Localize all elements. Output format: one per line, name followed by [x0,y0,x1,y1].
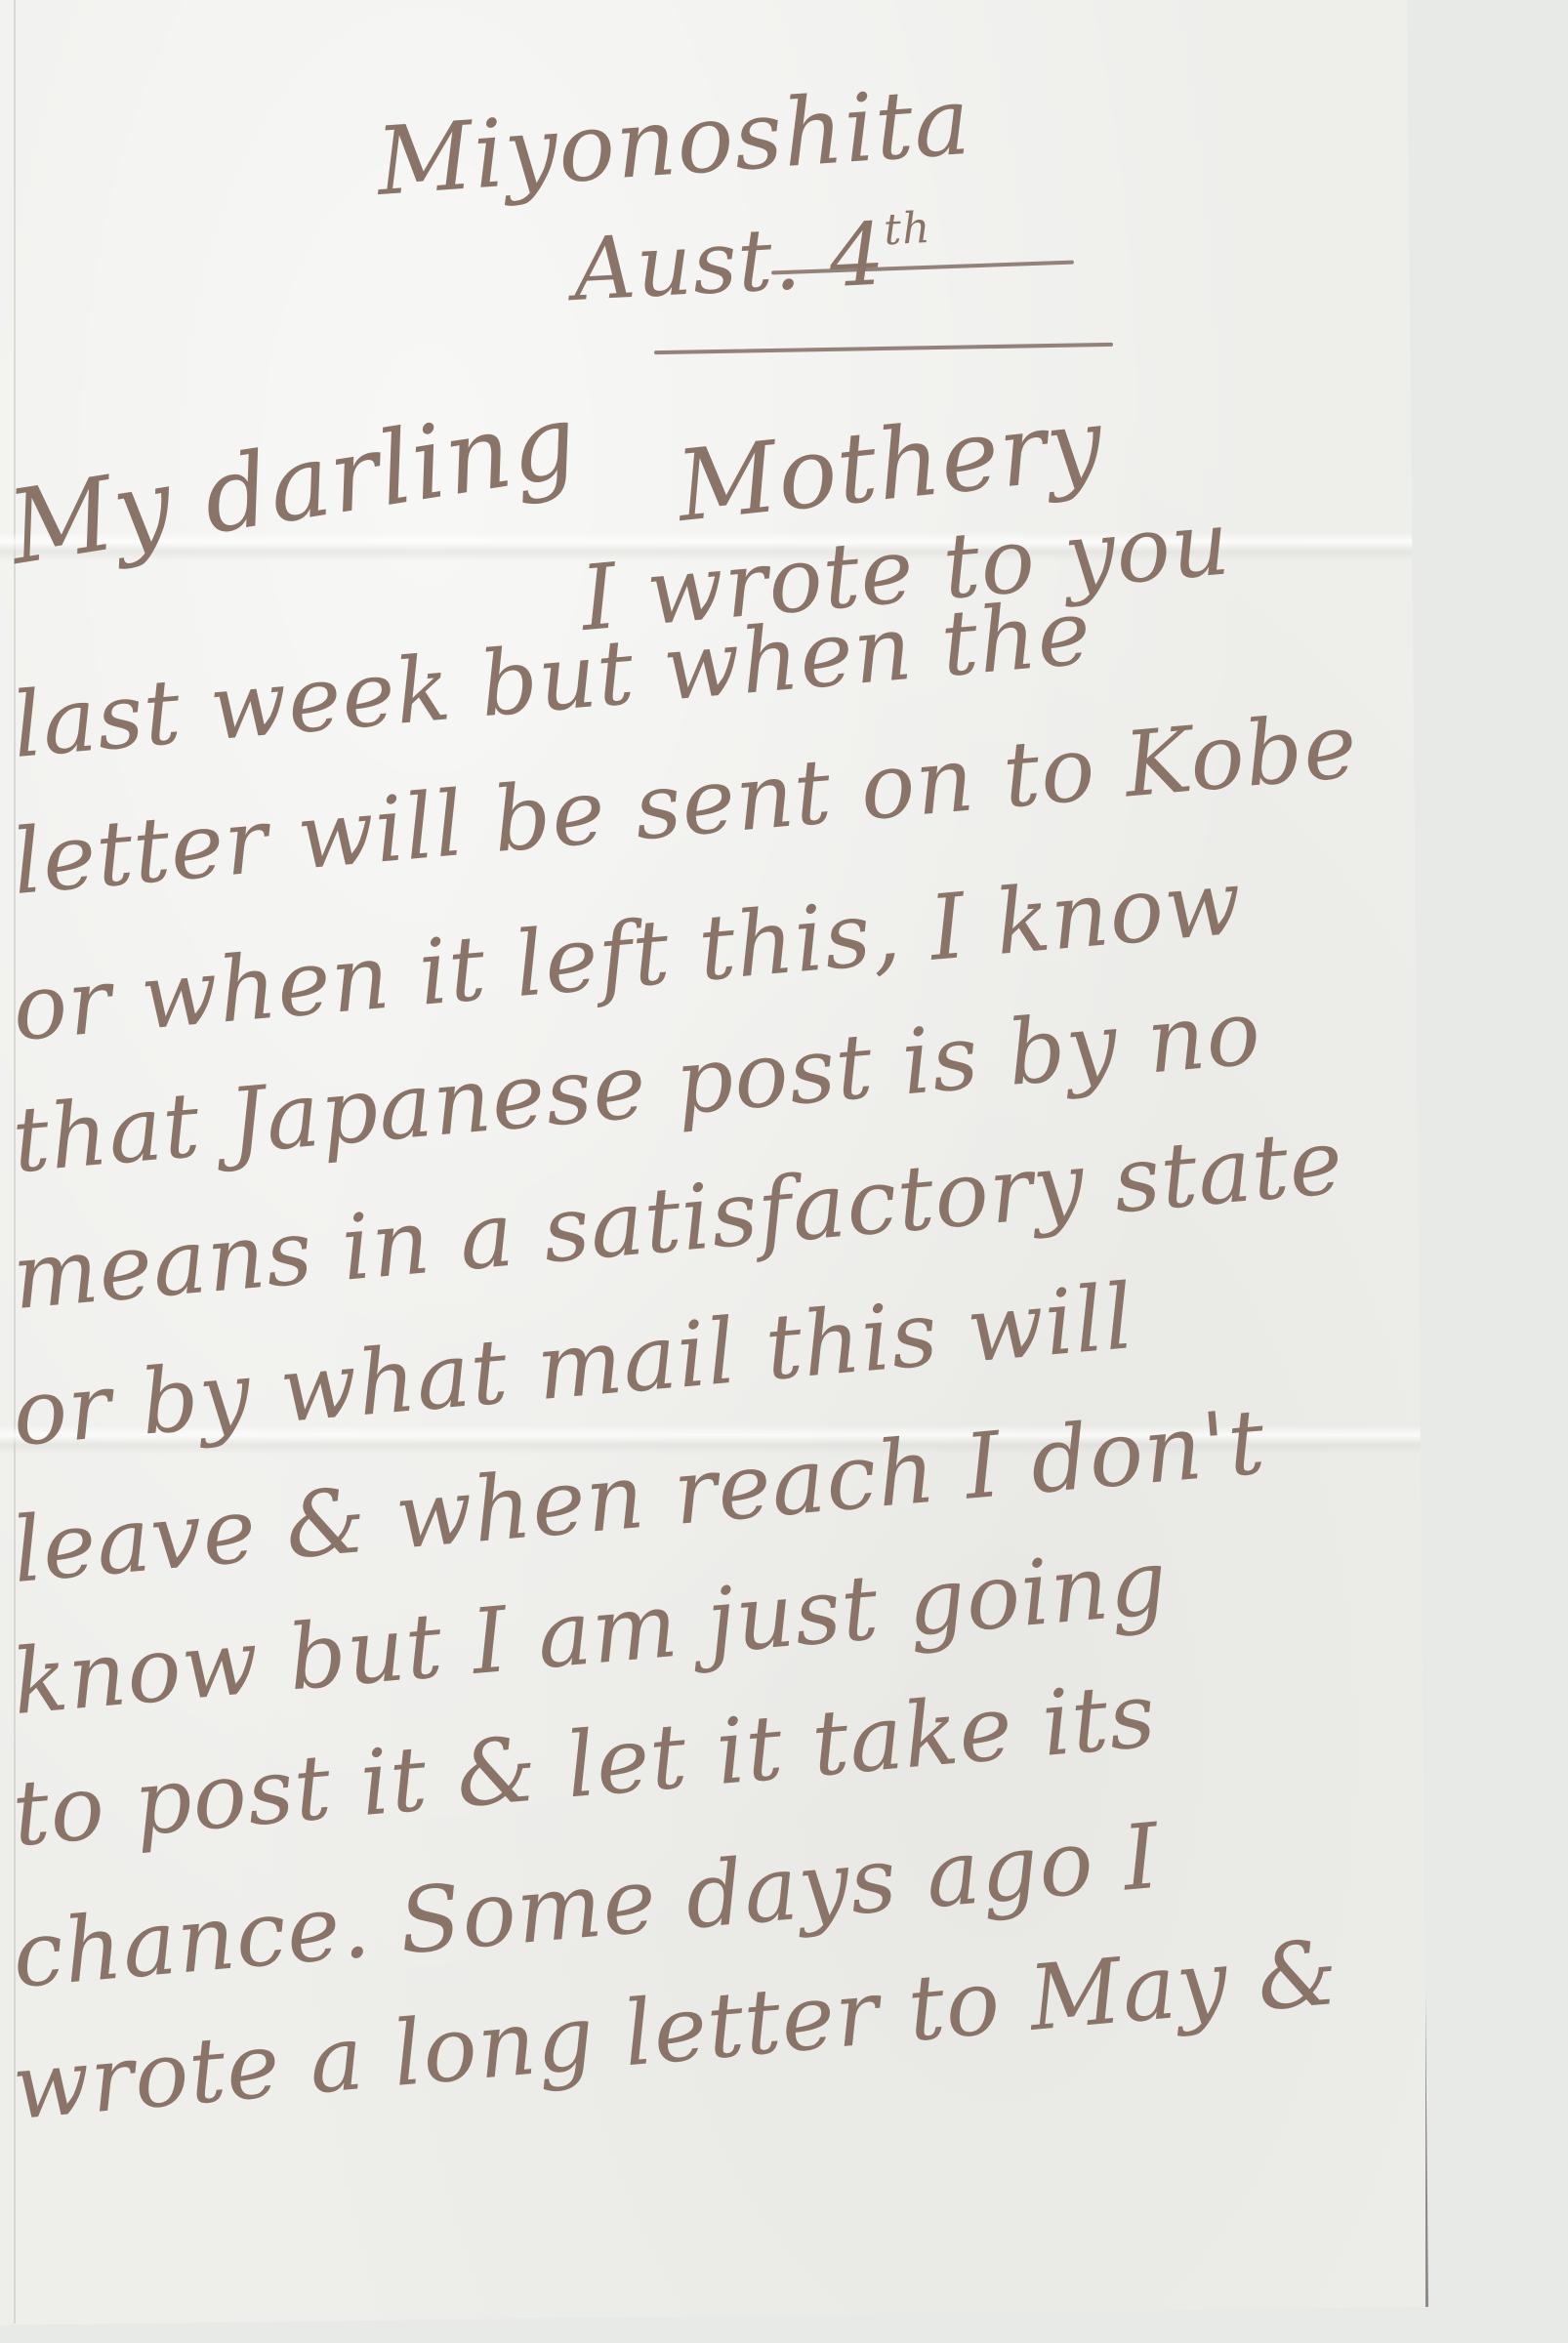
letter-page: Miyonoshita Aust. 4th My darling Mothery… [0,0,1428,2325]
heading-underline [654,343,1113,354]
letter-date-suffix: th [883,203,932,255]
letter-place: Miyonoshita [373,66,974,217]
letter-date: Aust. 4th [571,201,935,320]
letter-date-main: Aust. 4 [571,203,888,320]
